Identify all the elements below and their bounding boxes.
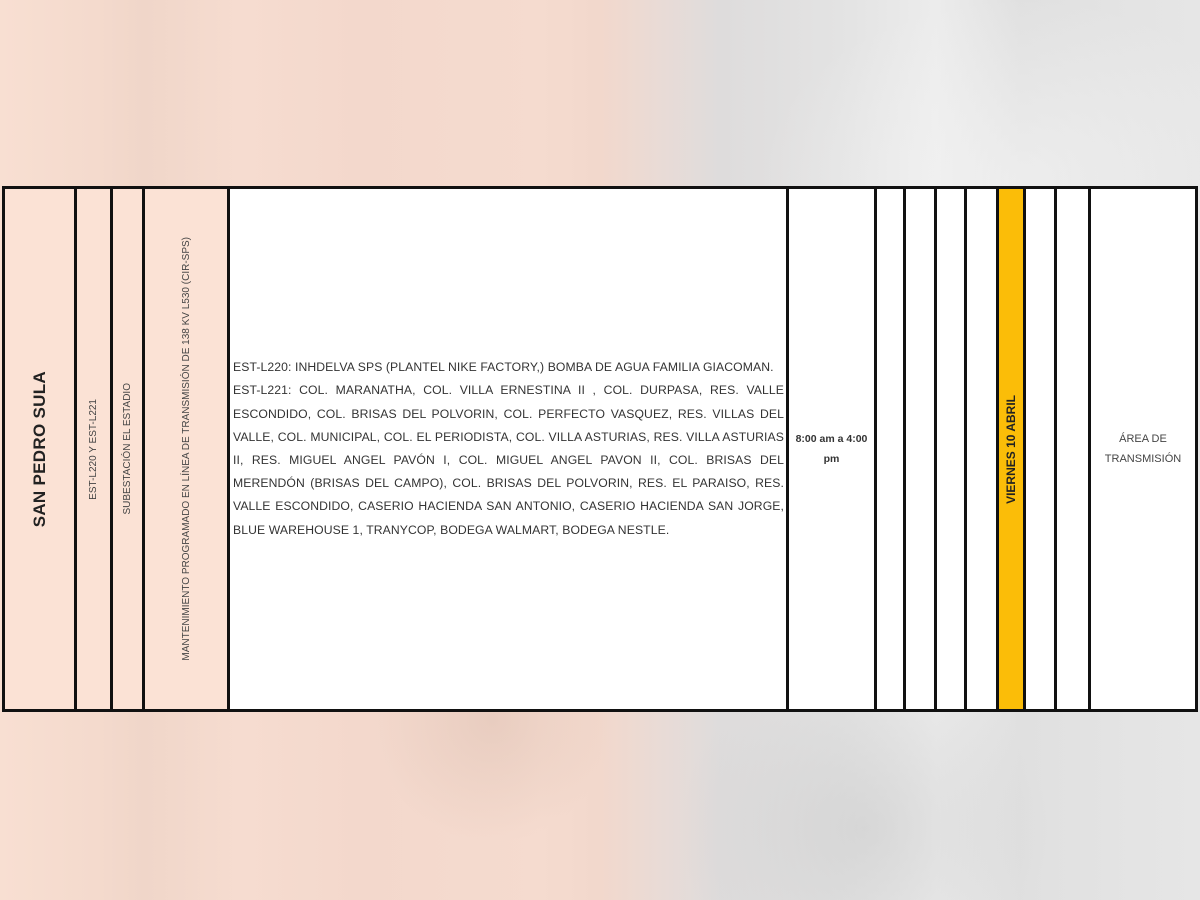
empty-day-cell — [1023, 189, 1054, 709]
affected-areas-l220: EST-L220: INHDELVA SPS (PLANTEL NIKE FAC… — [233, 356, 784, 379]
empty-day-cell — [874, 189, 903, 709]
responsible-area-label: ÁREA DE TRANSMISIÓN — [1091, 429, 1195, 469]
outage-schedule-table: SAN PEDRO SULA EST-L220 Y EST-L221 SUBES… — [2, 186, 1198, 712]
empty-day-cell — [903, 189, 934, 709]
affected-areas-l221: EST-L221: COL. MARANATHA, COL. VILLA ERN… — [233, 379, 784, 541]
work-description-label: MANTENIMIENTO PROGRAMADO EN LÍNEA DE TRA… — [181, 237, 192, 661]
city-cell: SAN PEDRO SULA — [2, 189, 74, 709]
responsible-area-cell: ÁREA DE TRANSMISIÓN — [1088, 189, 1198, 709]
date-label: VIERNES 10 ABRIL — [1004, 395, 1018, 504]
schedule-label: 8:00 am a 4:00 pm — [789, 429, 874, 469]
circuits-cell: EST-L220 Y EST-L221 — [74, 189, 110, 709]
substation-label: SUBESTACIÓN EL ESTADIO — [122, 383, 133, 515]
empty-day-cell — [964, 189, 996, 709]
empty-day-cell — [934, 189, 964, 709]
substation-cell: SUBESTACIÓN EL ESTADIO — [110, 189, 142, 709]
circuits-label: EST-L220 Y EST-L221 — [88, 399, 99, 500]
affected-areas-cell: EST-L220: INHDELVA SPS (PLANTEL NIKE FAC… — [227, 189, 786, 709]
empty-day-cell — [1054, 189, 1088, 709]
date-cell: VIERNES 10 ABRIL — [996, 189, 1023, 709]
work-description-cell: MANTENIMIENTO PROGRAMADO EN LÍNEA DE TRA… — [142, 189, 227, 709]
schedule-cell: 8:00 am a 4:00 pm — [786, 189, 874, 709]
city-label: SAN PEDRO SULA — [30, 371, 50, 527]
affected-areas-text: EST-L220: INHDELVA SPS (PLANTEL NIKE FAC… — [230, 356, 786, 542]
